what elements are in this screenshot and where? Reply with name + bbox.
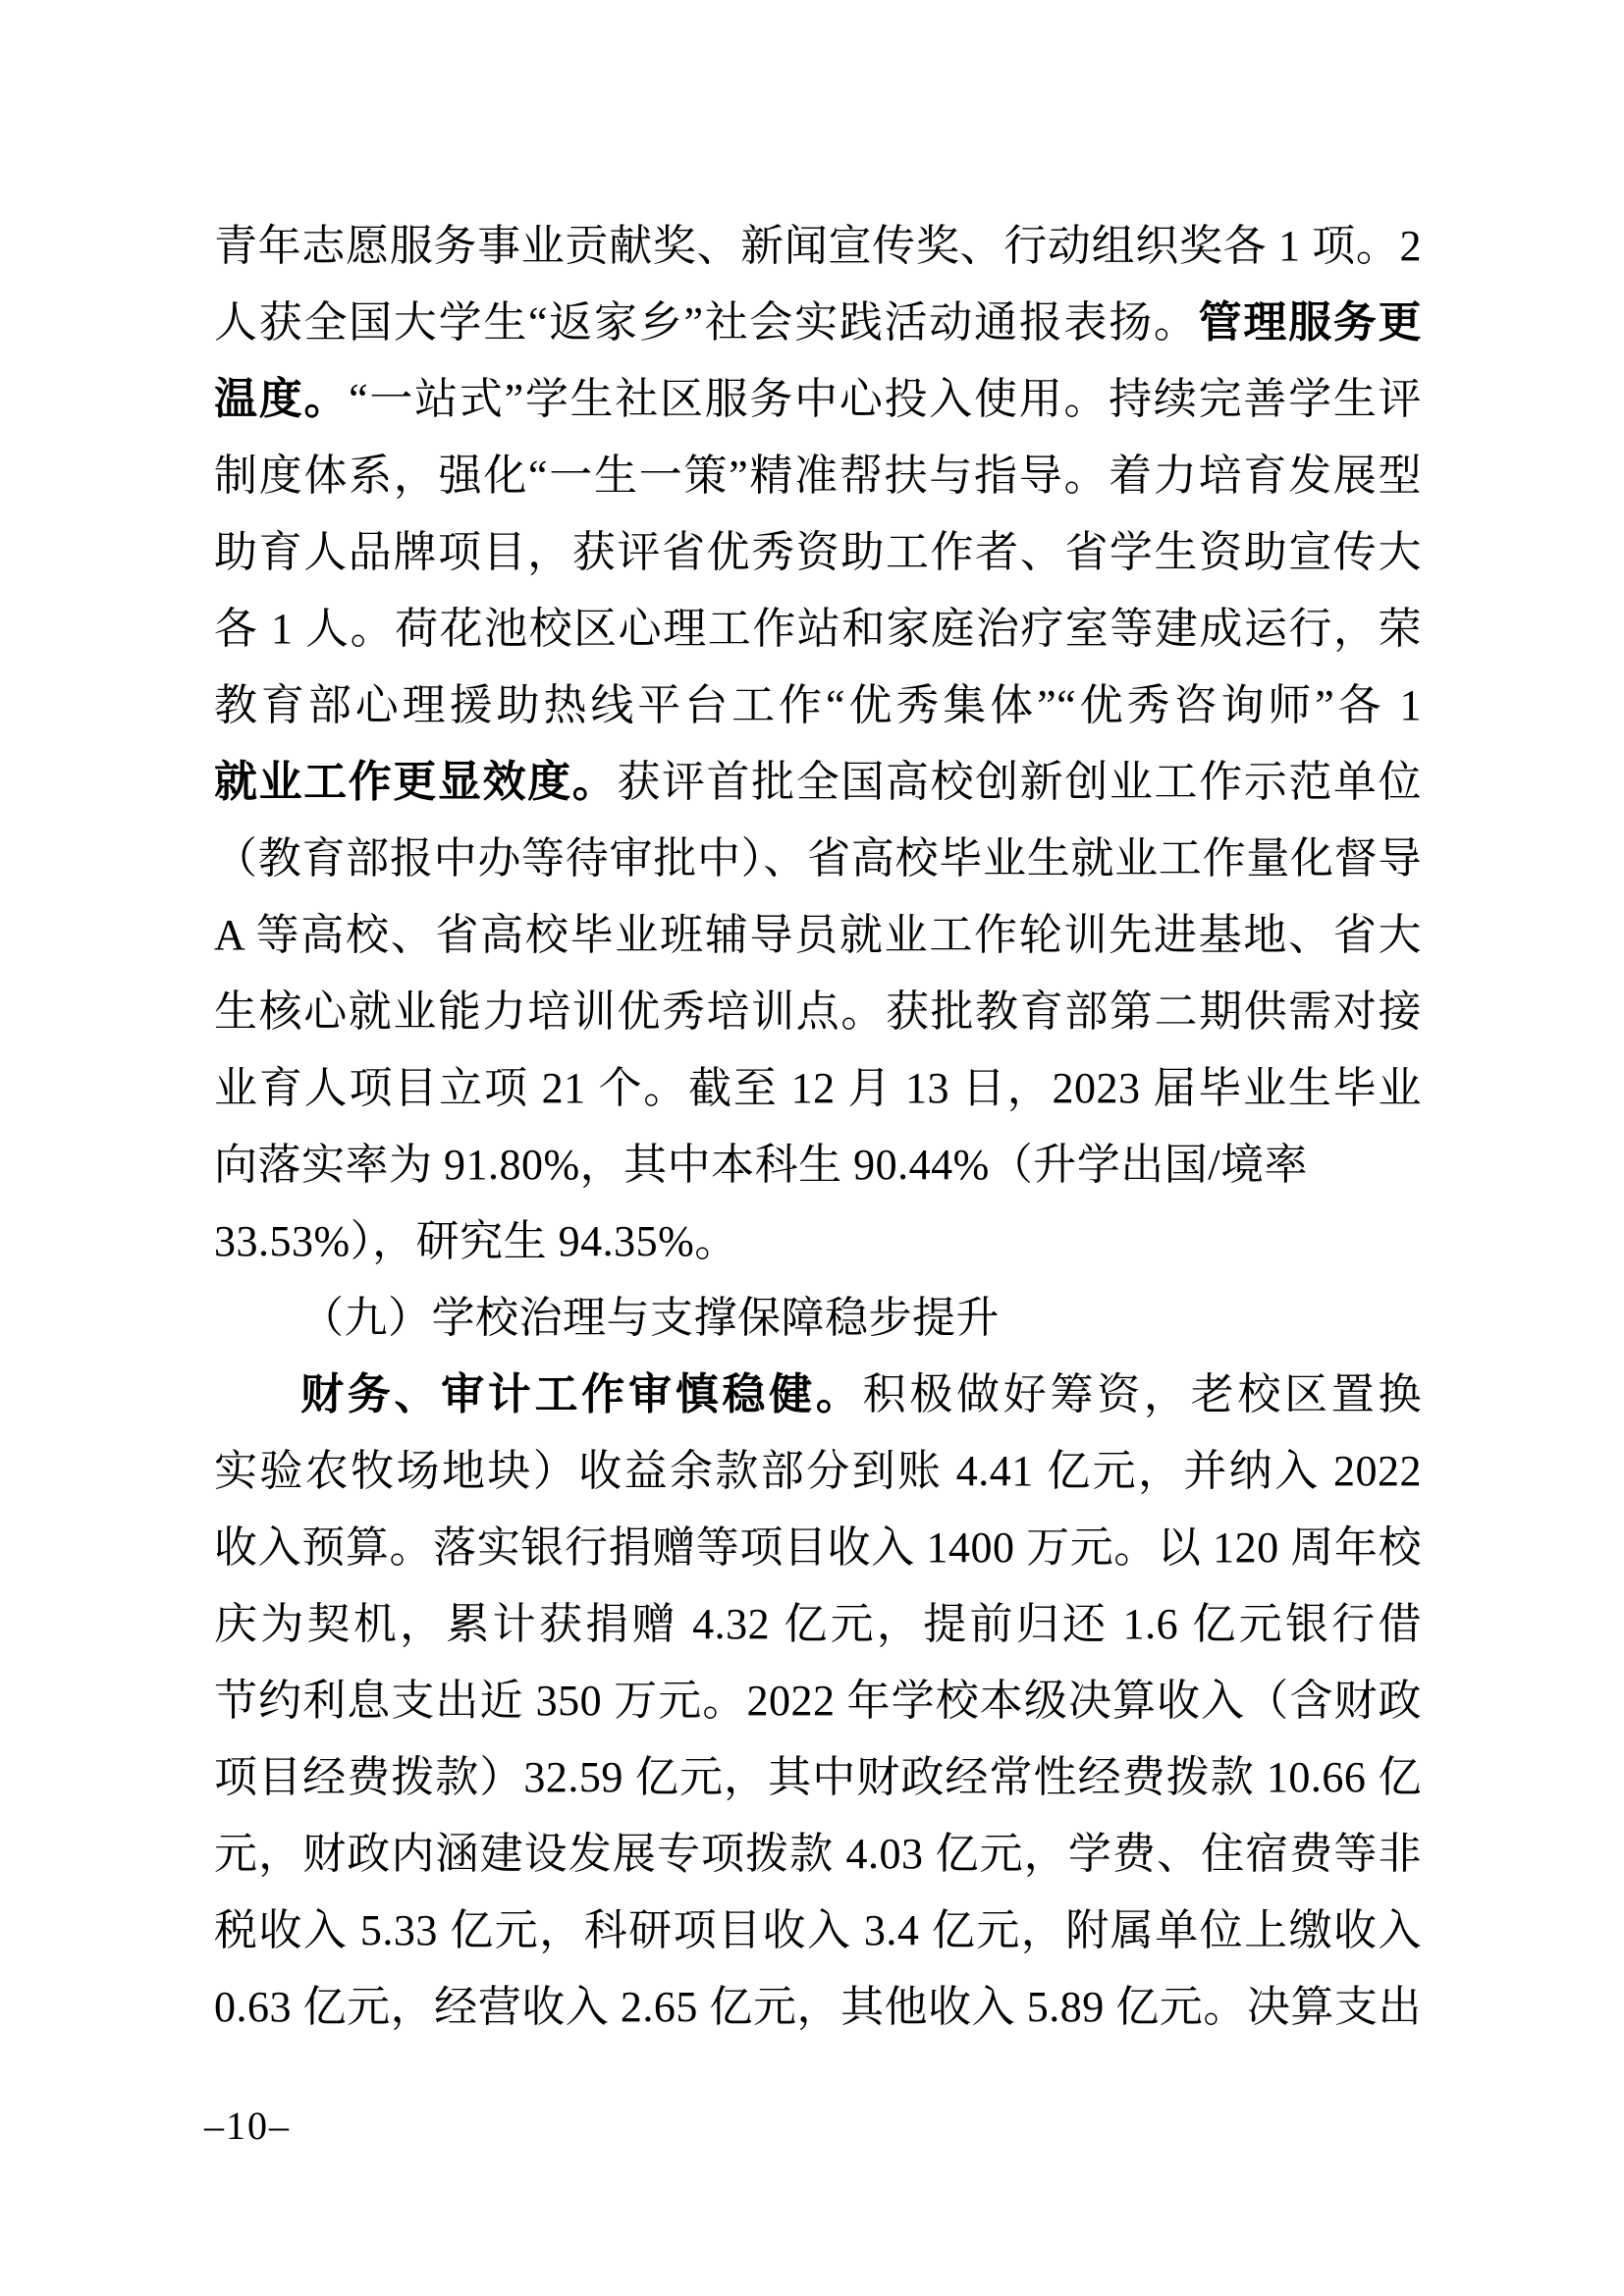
document-body: 青年志愿服务事业贡献奖、新闻宣传奖、行动组织奖各 1 项。2 人获全国大学生“返… (214, 208, 1422, 2046)
body-text: 实验农牧场地块）收益余款部分到账 4.41 亿元，并纳入 2022 年 (214, 1447, 1422, 1510)
text-line: 人获全国大学生“返家乡”社会实践活动通报表扬。管理服务更添 (214, 285, 1422, 361)
text-line: 财务、审计工作审慎稳健。积极做好筹资，老校区置换（原 (214, 1357, 1422, 1433)
body-text: 税收入 5.33 亿元，科研项目收入 3.4 亿元，附属单位上缴收入 (214, 1906, 1422, 1954)
text-line: 0.63 亿元，经营收入 2.65 亿元，其他收入 5.89 亿元。决算支出 (214, 1969, 1422, 2046)
text-line: 项目经费拨款）32.59 亿元，其中财政经常性经费拨款 10.66 亿 (214, 1739, 1422, 1816)
body-text: 助育人品牌项目，获评省优秀资助工作者、省学生资助宣传大使 (214, 528, 1422, 591)
body-text: 收入预算。落实银行捐赠等项目收入 1400 万元。以 120 周年校 (214, 1523, 1422, 1572)
text-line: 温度。“一站式”学生社区服务中心投入使用。持续完善学生评价 (214, 361, 1422, 438)
text-line: 实验农牧场地块）收益余款部分到账 4.41 亿元，并纳入 2022 年 (214, 1433, 1422, 1510)
body-text: 33.53%），研究生 94.35%。 (214, 1217, 738, 1265)
text-line: 各 1 人。荷花池校区心理工作站和家庭治疗室等建成运行，荣获 (214, 591, 1422, 667)
text-line: 收入预算。落实银行捐赠等项目收入 1400 万元。以 120 周年校 (214, 1510, 1422, 1586)
body-text: 获评首批全国高校创新创业工作示范单位 (617, 758, 1422, 806)
body-text: 各 1 人。荷花池校区心理工作站和家庭治疗室等建成运行，荣获 (214, 605, 1422, 667)
body-text: 生核心就业能力培训优秀培训点。获批教育部第二期供需对接就 (214, 988, 1422, 1050)
body-text: 庆为契机，累计获捐赠 4.32 亿元，提前归还 1.6 亿元银行借款， (214, 1600, 1422, 1663)
bold-emphasis: 温度。 (214, 375, 349, 423)
text-line: （教育部报中办等待审批中）、省高校毕业生就业工作量化督导 (214, 821, 1422, 897)
bold-emphasis: 财务、审计工作审慎稳健。 (300, 1370, 863, 1418)
text-line: 青年志愿服务事业贡献奖、新闻宣传奖、行动组织奖各 1 项。2 (214, 208, 1422, 285)
body-text: 项目经费拨款）32.59 亿元，其中财政经常性经费拨款 10.66 亿 (214, 1753, 1422, 1801)
text-line: 就业工作更显效度。获评首批全国高校创新创业工作示范单位 (214, 744, 1422, 821)
text-line: 元，财政内涵建设发展专项拨款 4.03 亿元，学费、住宿费等非 (214, 1816, 1422, 1893)
text-line: 教育部心理援助热线平台工作“优秀集体”“优秀咨询师”各 1 个。 (214, 667, 1422, 744)
body-text: （教育部报中办等待审批中）、省高校毕业生就业工作量化督导 (214, 834, 1422, 882)
text-line: 庆为契机，累计获捐赠 4.32 亿元，提前归还 1.6 亿元银行借款， (214, 1586, 1422, 1663)
body-text: 业育人项目立项 21 个。截至 12 月 13 日，2023 届毕业生毕业去 (214, 1064, 1422, 1127)
body-text: 青年志愿服务事业贡献奖、新闻宣传奖、行动组织奖各 1 项。2 (214, 222, 1422, 270)
text-line: 33.53%），研究生 94.35%。 (214, 1203, 1422, 1280)
body-text: 向落实率为 91.80%，其中本科生 90.44%（升学出国/境率 (214, 1141, 1308, 1189)
text-line: 制度体系，强化“一生一策”精准帮扶与指导。着力培育发展型资 (214, 438, 1422, 514)
text-line: 节约利息支出近 350 万元。2022 年学校本级决算收入（含财政 (214, 1663, 1422, 1739)
body-text: 元，财政内涵建设发展专项拨款 4.03 亿元，学费、住宿费等非 (214, 1830, 1422, 1878)
text-line: 生核心就业能力培训优秀培训点。获批教育部第二期供需对接就 (214, 974, 1422, 1050)
document-page: 青年志愿服务事业贡献奖、新闻宣传奖、行动组织奖各 1 项。2 人获全国大学生“返… (0, 0, 1624, 2296)
text-line: 助育人品牌项目，获评省优秀资助工作者、省学生资助宣传大使 (214, 514, 1422, 591)
body-text: 0.63 亿元，经营收入 2.65 亿元，其他收入 5.89 亿元。决算支出 (214, 1983, 1422, 2031)
body-text: “一站式”学生社区服务中心投入使用。持续完善学生评价 (214, 375, 1422, 438)
body-text: 节约利息支出近 350 万元。2022 年学校本级决算收入（含财政 (214, 1677, 1422, 1725)
text-line: 向落实率为 91.80%，其中本科生 90.44%（升学出国/境率 (214, 1127, 1422, 1203)
text-line: A 等高校、省高校毕业班辅导员就业工作轮训先进基地、省大学 (214, 897, 1422, 974)
text-line: 业育人项目立项 21 个。截至 12 月 13 日，2023 届毕业生毕业去 (214, 1050, 1422, 1127)
text-line: 税收入 5.33 亿元，科研项目收入 3.4 亿元，附属单位上缴收入 (214, 1893, 1422, 1969)
body-text: A 等高校、省高校毕业班辅导员就业工作轮训先进基地、省大学 (214, 911, 1422, 974)
bold-emphasis: 就业工作更显效度。 (214, 758, 617, 806)
section-heading: （九）学校治理与支撑保障稳步提升 (214, 1280, 1422, 1357)
heading-text: （九）学校治理与支撑保障稳步提升 (300, 1294, 1000, 1342)
body-text: 教育部心理援助热线平台工作“优秀集体”“优秀咨询师”各 1 个。 (214, 681, 1422, 744)
body-text: 制度体系，强化“一生一策”精准帮扶与指导。着力培育发展型资 (214, 452, 1422, 514)
page-number: –10– (204, 2101, 291, 2152)
body-text: 人获全国大学生“返家乡”社会实践活动通报表扬。 (214, 298, 1199, 347)
